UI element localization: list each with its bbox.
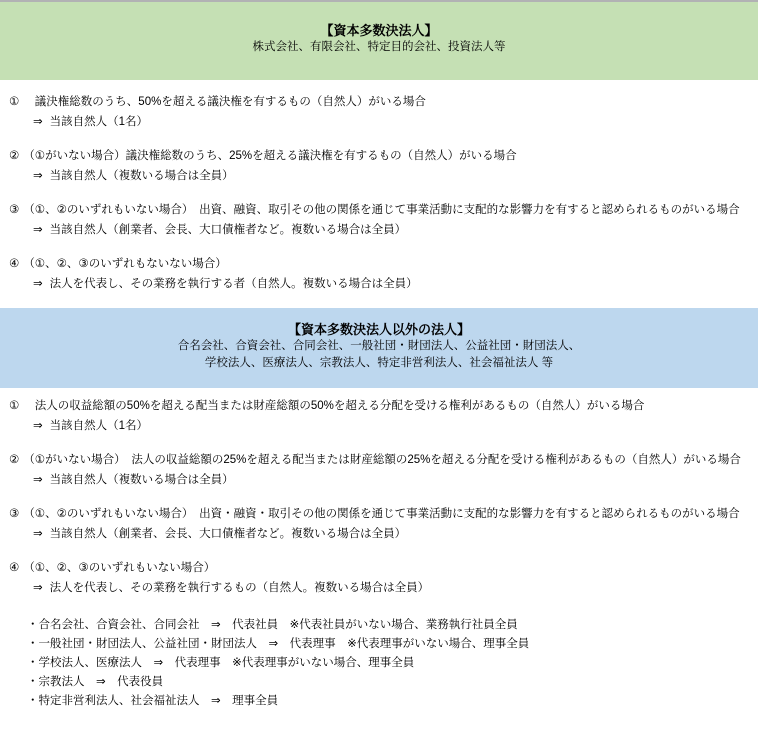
rule-condition: 議決権総数のうち、50%を超える議決権を有するもの（自然人）がいる場合 [23, 96, 426, 108]
capital-majority-title: 【資本多数決法人】 [0, 22, 758, 39]
non-capital-majority-subtitle-line1: 合名会社、合資会社、合同会社、一般社団・財団法人、公益社団・財団法人、 [0, 338, 758, 355]
rule-item: ②（①がいない場合） 法人の収益総額の25%を超える配当または財産総額の25%を… [9, 450, 758, 490]
non-capital-majority-header: 【資本多数決法人以外の法人】 合名会社、合資会社、合同会社、一般社団・財団法人、… [0, 308, 758, 388]
rule-number: ① [9, 92, 19, 112]
rule-result-line: ⇒法人を代表し、その業務を執行するもの（自然人。複数いる場合は全員） [9, 578, 758, 598]
rule-result-line: ⇒当該自然人（創業者、会長、大口債権者など。複数いる場合は全員） [9, 524, 758, 544]
capital-majority-header: 【資本多数決法人】 株式会社、有限会社、特定目的会社、投資法人等 [0, 2, 758, 80]
non-capital-majority-title: 【資本多数決法人以外の法人】 [0, 321, 758, 338]
mapping-item: ・特定非営利法人、社会福祉法人 ⇒ 理事全員 [27, 692, 758, 711]
mapping-item: ・合名会社、合資会社、合同会社 ⇒ 代表社員 ※代表社員がいない場合、業務執行社… [27, 616, 758, 635]
arrow-right-icon: ⇒ [33, 166, 43, 186]
rule-condition-line: ③（①、②のいずれもいない場合） 出資、融資、取引その他の関係を通じて事業活動に… [9, 200, 758, 220]
rule-condition-line: ④（①、②、③のいずれもいない場合） [9, 558, 758, 578]
rule-item: ③（①、②のいずれもいない場合） 出資、融資、取引その他の関係を通じて事業活動に… [9, 200, 758, 240]
non-capital-majority-subtitle-line2: 学校法人、医療法人、宗教法人、特定非営利法人、社会福祉法人 等 [0, 355, 758, 372]
rule-number: ④ [9, 558, 19, 578]
rule-condition: （①がいない場合） 法人の収益総額の25%を超える配当または財産総額の25%を超… [23, 454, 741, 466]
arrow-right-icon: ⇒ [33, 112, 43, 132]
rule-result: 当該自然人（1名） [50, 420, 148, 432]
rule-number: ① [9, 396, 19, 416]
rule-result-line: ⇒当該自然人（1名） [9, 416, 758, 436]
mapping-item: ・学校法人、医療法人 ⇒ 代表理事 ※代表理事がいない場合、理事全員 [27, 654, 758, 673]
rule-item: ③（①、②のいずれもいない場合） 出資・融資・取引その他の関係を通じて事業活動に… [9, 504, 758, 544]
mapping-item: ・一般社団・財団法人、公益社団・財団法人 ⇒ 代表理事 ※代表理事がいない場合、… [27, 635, 758, 654]
rule-number: ② [9, 146, 19, 166]
rule-number: ③ [9, 504, 19, 524]
rule-result-line: ⇒当該自然人（創業者、会長、大口債権者など。複数いる場合は全員） [9, 220, 758, 240]
rule-condition-line: ②（①がいない場合） 法人の収益総額の25%を超える配当または財産総額の25%を… [9, 450, 758, 470]
rule-result-line: ⇒法人を代表し、その業務を執行する者（自然人。複数いる場合は全員） [9, 274, 758, 294]
rule-result: 法人を代表し、その業務を執行するもの（自然人。複数いる場合は全員） [50, 582, 430, 594]
rule-condition: （①、②、③のいずれもいない場合） [23, 562, 215, 574]
arrow-right-icon: ⇒ [33, 524, 43, 544]
rule-result: 当該自然人（複数いる場合は全員） [50, 474, 234, 486]
rule-condition-line: ②（①がいない場合）議決権総数のうち、25%を超える議決権を有するもの（自然人）… [9, 146, 758, 166]
rule-condition: （①、②、③のいずれもないない場合） [23, 258, 226, 270]
mapping-item: ・宗教法人 ⇒ 代表役員 [27, 673, 758, 692]
capital-majority-subtitle: 株式会社、有限会社、特定目的会社、投資法人等 [0, 39, 758, 56]
rule-number: ④ [9, 254, 19, 274]
rule-item: ④（①、②、③のいずれもないない場合） ⇒法人を代表し、その業務を執行する者（自… [9, 254, 758, 294]
rule-number: ③ [9, 200, 19, 220]
rule-result: 当該自然人（創業者、会長、大口債権者など。複数いる場合は全員） [50, 224, 407, 236]
rule-result: 当該自然人（1名） [50, 116, 148, 128]
rule-condition-line: ③（①、②のいずれもいない場合） 出資・融資・取引その他の関係を通じて事業活動に… [9, 504, 758, 524]
rule-condition: （①がいない場合）議決権総数のうち、25%を超える議決権を有するもの（自然人）が… [23, 150, 516, 162]
rule-result: 法人を代表し、その業務を執行する者（自然人。複数いる場合は全員） [50, 278, 418, 290]
arrow-right-icon: ⇒ [33, 416, 43, 436]
rule-condition-line: ① 法人の収益総額の50%を超える配当または財産総額の50%を超える分配を受ける… [9, 396, 758, 416]
document-page: 【資本多数決法人】 株式会社、有限会社、特定目的会社、投資法人等 ① 議決権総数… [0, 0, 758, 746]
rule-condition: （①、②のいずれもいない場合） 出資・融資・取引その他の関係を通じて事業活動に支… [23, 508, 739, 520]
rule-item: ① 議決権総数のうち、50%を超える議決権を有するもの（自然人）がいる場合 ⇒当… [9, 92, 758, 132]
rule-result: 当該自然人（創業者、会長、大口債権者など。複数いる場合は全員） [50, 528, 407, 540]
capital-majority-rules: ① 議決権総数のうち、50%を超える議決権を有するもの（自然人）がいる場合 ⇒当… [0, 80, 758, 294]
arrow-right-icon: ⇒ [33, 220, 43, 240]
rule-result-line: ⇒当該自然人（1名） [9, 112, 758, 132]
rule-condition: 法人の収益総額の50%を超える配当または財産総額の50%を超える分配を受ける権利… [23, 400, 644, 412]
rule-condition-line: ① 議決権総数のうち、50%を超える議決権を有するもの（自然人）がいる場合 [9, 92, 758, 112]
rule-condition: （①、②のいずれもいない場合） 出資、融資、取引その他の関係を通じて事業活動に支… [23, 204, 739, 216]
rule-item: ④（①、②、③のいずれもいない場合） ⇒法人を代表し、その業務を執行するもの（自… [9, 558, 758, 598]
rule-result: 当該自然人（複数いる場合は全員） [50, 170, 234, 182]
rule-item: ②（①がいない場合）議決権総数のうち、25%を超える議決権を有するもの（自然人）… [9, 146, 758, 186]
rule-number: ② [9, 450, 19, 470]
non-capital-majority-rules: ① 法人の収益総額の50%を超える配当または財産総額の50%を超える分配を受ける… [0, 388, 758, 598]
representative-mapping-list: ・合名会社、合資会社、合同会社 ⇒ 代表社員 ※代表社員がいない場合、業務執行社… [0, 612, 758, 711]
arrow-right-icon: ⇒ [33, 470, 43, 490]
arrow-right-icon: ⇒ [33, 578, 43, 598]
rule-result-line: ⇒当該自然人（複数いる場合は全員） [9, 166, 758, 186]
rule-result-line: ⇒当該自然人（複数いる場合は全員） [9, 470, 758, 490]
rule-condition-line: ④（①、②、③のいずれもないない場合） [9, 254, 758, 274]
arrow-right-icon: ⇒ [33, 274, 43, 294]
rule-item: ① 法人の収益総額の50%を超える配当または財産総額の50%を超える分配を受ける… [9, 396, 758, 436]
